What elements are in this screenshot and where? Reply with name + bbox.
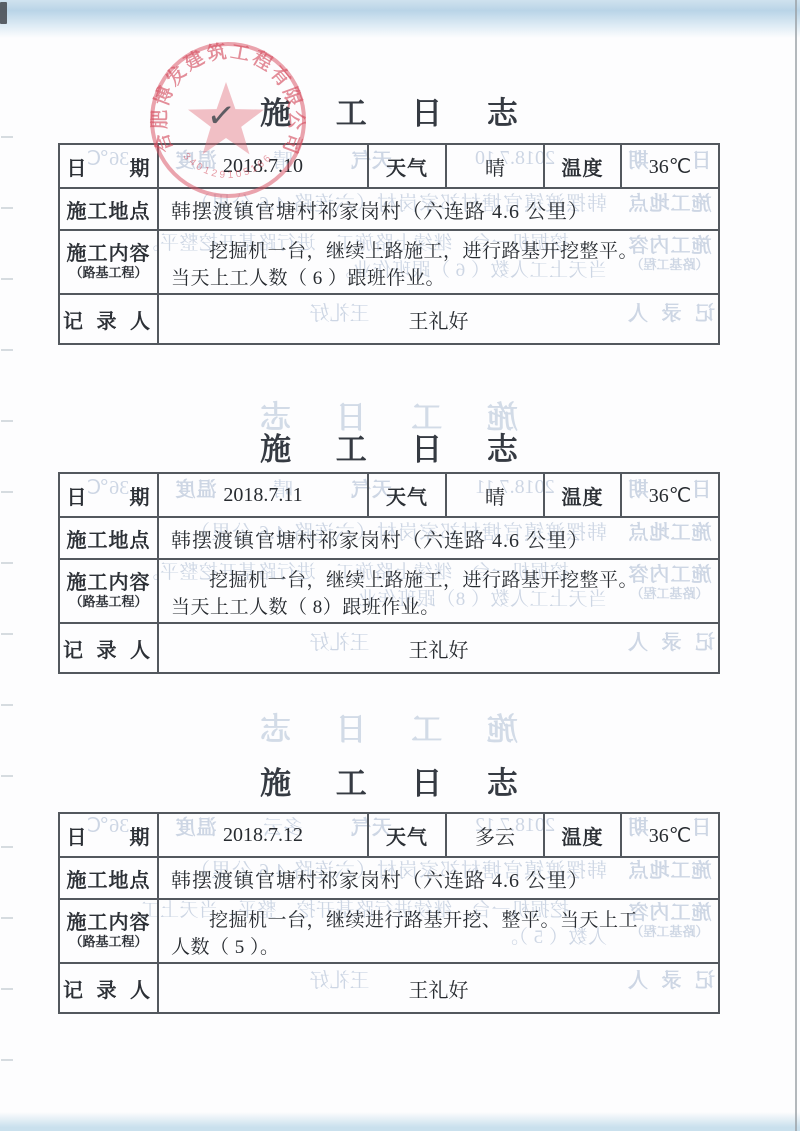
recorder-label: 记 录 人	[60, 622, 157, 672]
content-label: 施工内容 （路基工程）	[60, 229, 157, 293]
svg-text:340129105166: 340129105166	[181, 151, 276, 181]
log-table-3: 日 期 2018.7.12 天气 多云 温度 36℃ 施工地点 韩摆渡镇官塘村祁…	[58, 812, 720, 1014]
temperature-label: 温度	[543, 814, 620, 856]
weather-value: 多云	[445, 814, 543, 856]
scan-corner-mark	[0, 2, 7, 24]
content-label-main: 施工内容	[67, 243, 151, 265]
content-value: 挖掘机一台，继续进行路基开挖、整平。当天上工 人数（ 5 ）。	[157, 898, 718, 962]
date-value: 2018.7.11	[157, 474, 367, 516]
scanned-page: 日 期 2018.7.10 天气 晴 温度 36℃ 施工地点 韩摆渡镇官塘村祁家…	[0, 0, 800, 1131]
location-label: 施工地点	[60, 856, 157, 898]
date-label: 日 期	[60, 814, 157, 856]
content-label-sub: （路基工程）	[69, 265, 147, 281]
date-value: 2018.7.12	[157, 814, 367, 856]
weather-label: 天气	[367, 814, 445, 856]
weather-label: 天气	[367, 145, 445, 187]
date-label: 日 期	[60, 474, 157, 516]
location-value: 韩摆渡镇官塘村祁家岗村（六连路 4.6 公里）	[157, 516, 718, 558]
scan-bottom-band	[0, 1112, 800, 1131]
log-table-2: 日 期 2018.7.11 天气 晴 温度 36℃ 施工地点 韩摆渡镇官塘村祁家…	[58, 472, 720, 674]
recorder-value: 王礼好	[157, 293, 718, 343]
content-value: 挖掘机一台，继续上路施工，进行路基开挖整平。 当天上工人数（ 6 ）跟班作业。	[157, 229, 718, 293]
location-value: 韩摆渡镇官塘村祁家岗村（六连路 4.6 公里）	[157, 856, 718, 898]
seal-code-text: 340129105166	[181, 151, 276, 181]
page-title: 施 工 日 志	[58, 758, 720, 803]
recorder-label: 记 录 人	[60, 962, 157, 1012]
content-label-sub: （路基工程）	[69, 594, 147, 610]
bleedthrough-title-3: 施 工 日 志	[58, 704, 720, 749]
temperature-label: 温度	[543, 145, 620, 187]
scan-top-band	[0, 0, 800, 38]
temperature-value: 36℃	[620, 474, 718, 516]
temperature-label: 温度	[543, 474, 620, 516]
temperature-value: 36℃	[620, 814, 718, 856]
weather-value: 晴	[445, 474, 543, 516]
recorder-value: 王礼好	[157, 622, 718, 672]
temperature-value: 36℃	[620, 145, 718, 187]
content-label-sub: （路基工程）	[69, 934, 147, 950]
content-label: 施工内容 （路基工程）	[60, 898, 157, 962]
content-label-main: 施工内容	[67, 572, 151, 594]
scan-right-edge-line	[795, 0, 797, 1131]
location-label: 施工地点	[60, 516, 157, 558]
content-label-main: 施工内容	[67, 912, 151, 934]
recorder-label: 记 录 人	[60, 293, 157, 343]
page-title: 施 工 日 志	[58, 424, 720, 469]
content-value: 挖掘机一台，继续上路施工，进行路基开挖整平。 当天上工人数（ 8）跟班作业。	[157, 558, 718, 622]
recorder-value: 王礼好	[157, 962, 718, 1012]
checkmark-icon: ✓	[205, 95, 238, 138]
page-edge-notches	[1, 80, 13, 1120]
weather-label: 天气	[367, 474, 445, 516]
content-label: 施工内容 （路基工程）	[60, 558, 157, 622]
weather-value: 晴	[445, 145, 543, 187]
